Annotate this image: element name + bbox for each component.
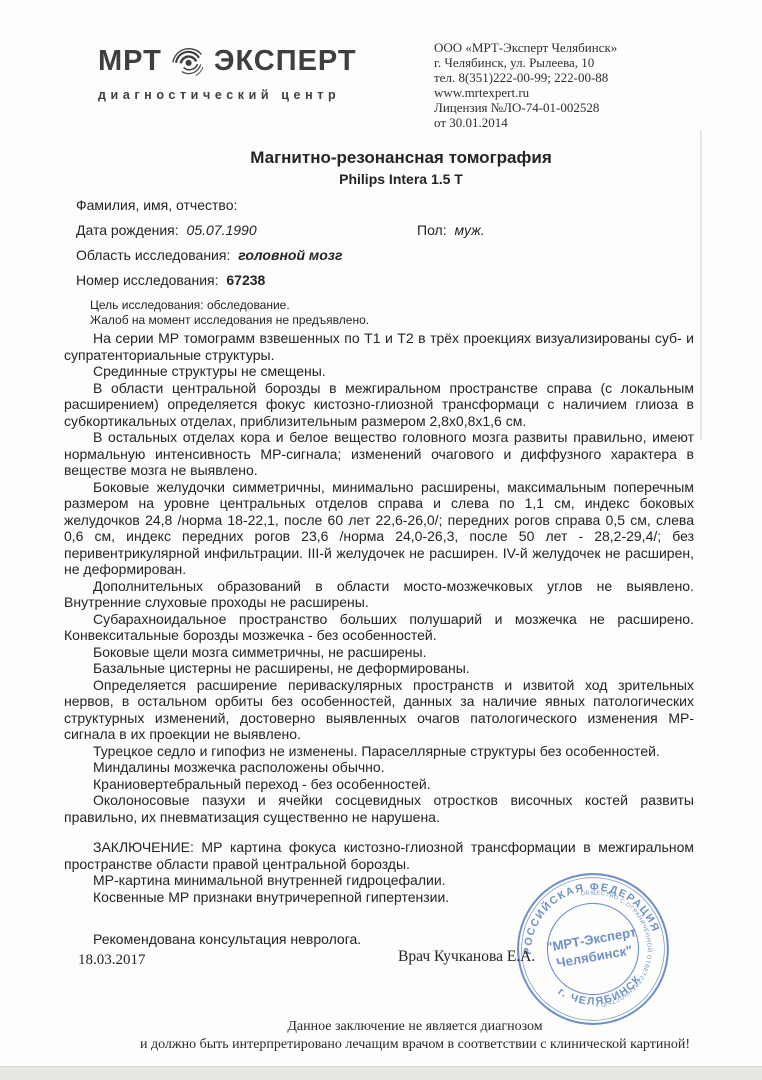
report-paragraph: Околоносовые пазухи и ячейки сосцевидных… xyxy=(64,792,694,825)
area-value: головной мозг xyxy=(238,247,342,263)
scan-artifact-line xyxy=(700,130,702,440)
sex-value: муж. xyxy=(455,222,485,238)
number-label: Номер исследования: xyxy=(76,272,219,288)
company-license-date: от 30.01.2014 xyxy=(434,115,617,130)
logo-swirl-icon xyxy=(167,40,209,82)
report-paragraph: Миндалины мозжечка расположены обычно. xyxy=(64,759,694,776)
report-date: 18.03.2017 xyxy=(78,952,146,969)
scanner-model: Philips Intera 1.5 T xyxy=(40,171,762,187)
disclaimer: Данное заключение не является диагнозом … xyxy=(60,1018,762,1054)
patient-fields: Фамилия, имя, отчество: Дата рождения: 0… xyxy=(76,198,696,328)
disclaimer-line2: и должно быть интерпретировано лечащим в… xyxy=(60,1036,762,1054)
company-license: Лицензия №ЛО-74-01-002528 xyxy=(434,100,617,115)
area-label: Область исследования: xyxy=(76,247,230,263)
birth-label: Дата рождения: xyxy=(76,222,179,238)
report-body: На серии МР томограмм взвешенных по Т1 и… xyxy=(64,330,694,948)
report-paragraph: На серии МР томограмм взвешенных по Т1 и… xyxy=(64,330,694,363)
report-paragraph: В области центральной борозды в межгирал… xyxy=(64,380,694,430)
report-paragraph: Субарахноидальное пространство больших п… xyxy=(64,611,694,644)
field-number: Номер исследования: 67238 xyxy=(76,273,696,288)
field-birth-sex: Дата рождения: 05.07.1990 Пол: муж. xyxy=(76,223,696,238)
study-purpose-block: Цель исследования: обследование. Жалоб н… xyxy=(76,298,696,328)
company-address: г. Челябинск, ул. Рылеева, 10 xyxy=(434,55,617,70)
logo-brand-right: ЭКСПЕРТ xyxy=(214,47,357,76)
company-phone: тел. 8(351)222-00-99; 222-00-88 xyxy=(434,70,617,85)
report-paragraph: Краниовертебральный переход - без особен… xyxy=(64,776,694,793)
report-paragraph: Дополнительных образований в области мос… xyxy=(64,578,694,611)
company-info-block: ООО «МРТ-Эксперт Челябинск» г. Челябинск… xyxy=(434,40,617,130)
report-title: Магнитно-резонансная томография xyxy=(40,148,762,168)
field-area: Область исследования: головной мозг xyxy=(76,248,696,263)
purpose-line: Цель исследования: обследование. xyxy=(90,298,696,313)
complaints-line: Жалоб на момент исследования не предъявл… xyxy=(90,313,696,328)
report-paragraph: Турецкое седло и гипофиз не изменены. Па… xyxy=(64,743,694,760)
birth-value: 05.07.1990 xyxy=(187,222,257,238)
number-value: 67238 xyxy=(226,272,265,288)
report-paragraph: Определяется расширение периваскулярных … xyxy=(64,677,694,743)
clinic-logo: МРТ ЭКСПЕРТ диагностический центр xyxy=(98,40,357,102)
report-paragraph: Базальные цистерны не расширены, не дефо… xyxy=(64,660,694,677)
mri-report-page: МРТ ЭКСПЕРТ диагностический центр ООО «М… xyxy=(0,0,762,1080)
company-name: ООО «МРТ-Эксперт Челябинск» xyxy=(434,40,617,55)
company-website: www.mrtexpert.ru xyxy=(434,85,617,100)
scan-bottom-edge xyxy=(0,1066,762,1080)
report-paragraph: Срединные структуры не смещены. xyxy=(64,363,694,380)
sex-label: Пол: xyxy=(417,222,447,238)
name-label: Фамилия, имя, отчество: xyxy=(76,197,237,213)
disclaimer-line1: Данное заключение не является диагнозом xyxy=(60,1018,762,1036)
clinic-stamp: РОССИЙСКАЯ ФЕДЕРАЦИЯ г. ЧЕЛЯБИНСК • ОБЩЕ… xyxy=(512,868,674,1030)
logo-brand-left: МРТ xyxy=(98,47,162,76)
report-title-block: Магнитно-резонансная томография Philips … xyxy=(40,148,762,187)
report-paragraph: Боковые щели мозга симметричны, не расши… xyxy=(64,644,694,661)
field-name: Фамилия, имя, отчество: xyxy=(76,198,696,213)
report-paragraph: Боковые желудочки симметричны, минимальн… xyxy=(64,479,694,578)
report-paragraph: В остальных отделах кора и белое веществ… xyxy=(64,429,694,479)
logo-tagline: диагностический центр xyxy=(98,88,357,102)
field-sex: Пол: муж. xyxy=(417,223,485,238)
